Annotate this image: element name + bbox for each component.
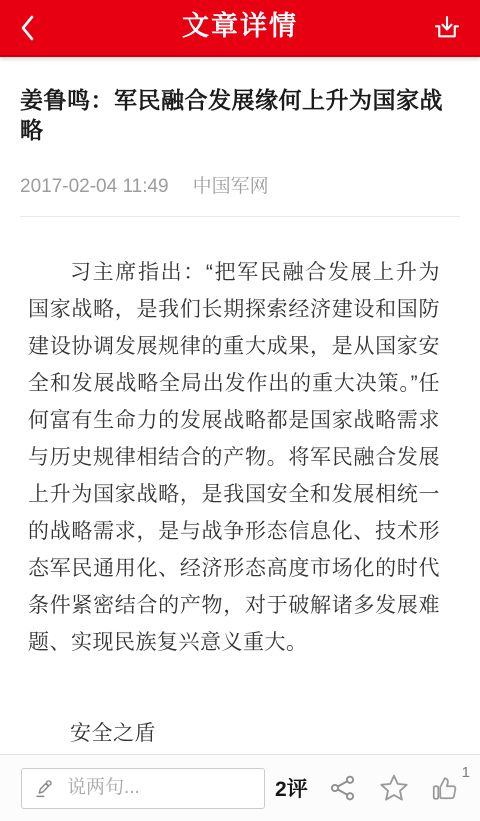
pencil-icon <box>33 777 56 800</box>
article-source: 中国军网 <box>193 171 269 198</box>
comment-count-button[interactable]: 2评 <box>275 773 308 803</box>
article-date: 2017-02-04 11:49 <box>20 176 169 198</box>
toolbar-actions: 2评 <box>265 772 480 804</box>
page-title: 文章详情 <box>182 13 298 42</box>
bottom-toolbar: 2评 <box>0 754 480 821</box>
article-title: 姜鲁鸣：军民融合发展缘何上升为国家战略 <box>20 86 462 146</box>
back-button[interactable] <box>0 0 54 55</box>
comment-input-box[interactable] <box>21 768 265 809</box>
meta-divider <box>20 216 460 217</box>
like-button[interactable]: 1 <box>430 773 460 803</box>
share-icon <box>328 773 358 803</box>
star-icon <box>378 772 410 804</box>
article-meta: 2017-02-04 11:49 中国军网 <box>20 171 460 198</box>
article-subheading: 安全之盾 <box>28 715 440 752</box>
comment-input[interactable] <box>65 776 254 800</box>
favorite-button[interactable] <box>378 772 410 804</box>
download-button[interactable] <box>418 0 480 55</box>
download-icon <box>432 13 462 43</box>
share-button[interactable] <box>328 773 358 803</box>
article-paragraph: 习主席指出：“把军民融合发展上升为国家战略，是我们长期探索经济建设和国防建设协调… <box>28 254 440 661</box>
thumbs-up-icon <box>430 773 460 803</box>
article-scroll-area[interactable]: 姜鲁鸣：军民融合发展缘何上升为国家战略 2017-02-04 11:49 中国军… <box>0 57 480 754</box>
chevron-left-icon <box>16 13 40 43</box>
app-header: 文章详情 <box>0 0 480 57</box>
like-count: 1 <box>462 764 470 781</box>
article-body: 习主席指出：“把军民融合发展上升为国家战略，是我们长期探索经济建设和国防建设协调… <box>28 254 440 754</box>
